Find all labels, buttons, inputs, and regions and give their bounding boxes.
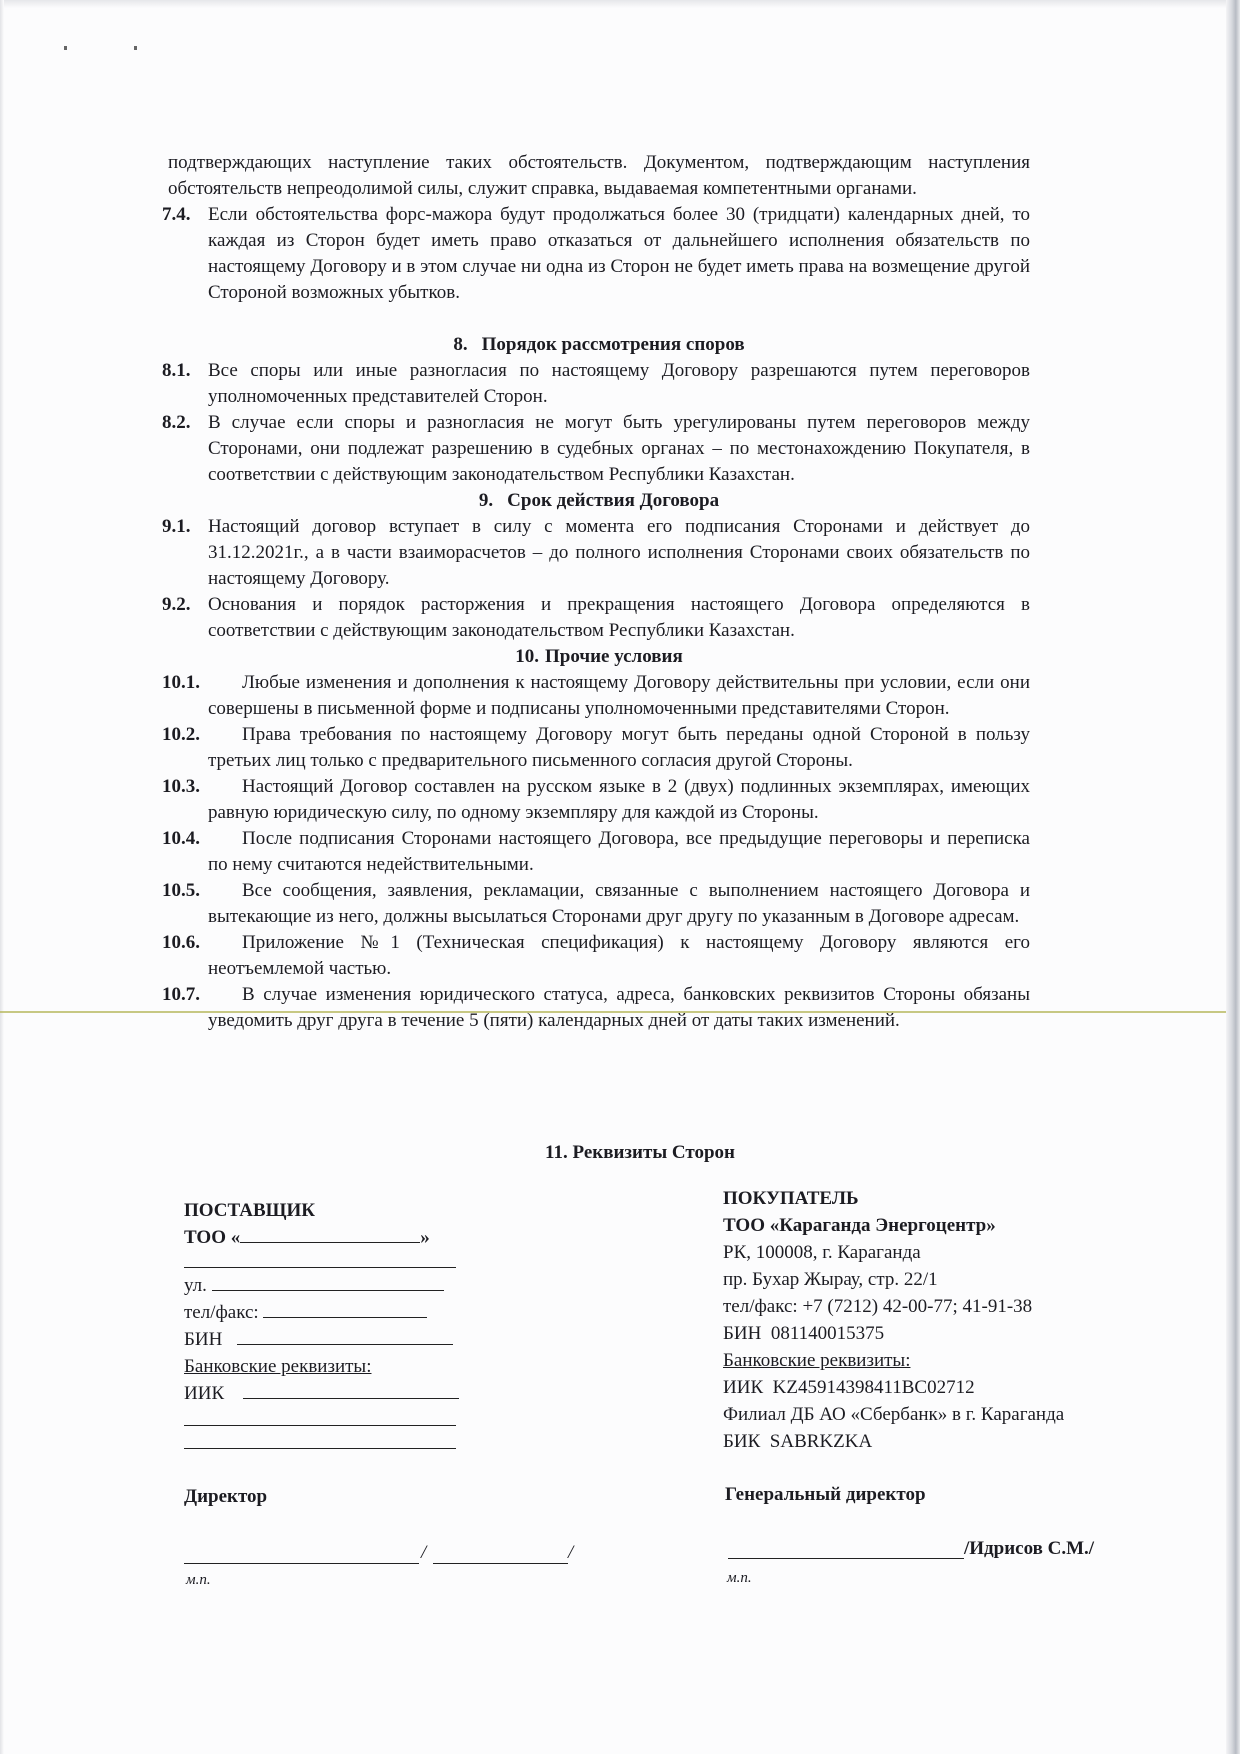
clause-number: 10.3.	[162, 774, 200, 800]
supplier-role: Директор	[184, 1486, 267, 1508]
supplier-bin-field[interactable]: БИН	[184, 1326, 474, 1353]
clause-text: Права требования по настоящему Договору …	[208, 722, 1030, 774]
supplier-iik-field[interactable]: ИИК	[184, 1380, 474, 1407]
buyer-phone: тел/факс: +7 (7212) 42-00-77; 41-91-38	[723, 1293, 1143, 1320]
supplier-company-field[interactable]: ТОО «»	[184, 1224, 474, 1251]
scan-edge-right	[1226, 0, 1240, 1754]
section-9-heading: 9.Срок действия Договора	[168, 488, 1030, 514]
buyer-address-city: РК, 100008, г. Караганда	[723, 1239, 1143, 1266]
supplier-details: ПОСТАВЩИК ТОО «» ул. тел/факс: БИН Банко…	[184, 1197, 474, 1453]
supplier-bank-label: Банковские реквизиты:	[184, 1353, 474, 1380]
buyer-bin: БИН 081140015375	[723, 1320, 1143, 1347]
clause-number: 9.2.	[162, 592, 191, 618]
clause-10-3: 10.3. Настоящий Договор составлен на рус…	[168, 774, 1030, 826]
clause-10-6: 10.6. Приложение №1 (Техническая специфи…	[168, 930, 1030, 982]
clause-8-2: 8.2. В случае если споры и разногласия н…	[168, 410, 1030, 488]
clause-10-4: 10.4. После подписания Сторонами настоящ…	[168, 826, 1030, 878]
buyer-signatory: /Идрисов С.М./	[964, 1538, 1094, 1560]
clause-10-5: 10.5. Все сообщения, заявления, рекламац…	[168, 878, 1030, 930]
supplier-heading: ПОСТАВЩИК	[184, 1197, 474, 1224]
scan-edge-top	[0, 0, 1240, 8]
clause-number: 10.7.	[162, 982, 200, 1008]
clause-text: Приложение №1 (Техническая спецификация)…	[208, 930, 1030, 982]
supplier-name-line[interactable]	[433, 1563, 568, 1564]
buyer-bank-label: Банковские реквизиты:	[723, 1347, 1143, 1374]
buyer-stamp-label: м.п.	[727, 1570, 752, 1587]
clause-text: В случае изменения юридического статуса,…	[208, 982, 1030, 1034]
buyer-signature-line[interactable]	[728, 1558, 964, 1559]
scan-speck	[134, 46, 137, 50]
clause-number: 7.4.	[162, 202, 191, 228]
clause-number: 10.6.	[162, 930, 200, 956]
clause-text: Все сообщения, заявления, рекламации, св…	[208, 878, 1030, 930]
section-8-heading: 8.Порядок рассмотрения споров	[168, 332, 1030, 358]
clause-9-1: 9.1. Настоящий договор вступает в силу с…	[168, 514, 1030, 592]
scan-edge-left	[0, 0, 4, 1754]
clause-text: Настоящий договор вступает в силу с моме…	[208, 516, 1030, 589]
buyer-iik: ИИК KZ45914398411BC02712	[723, 1374, 1143, 1401]
section-11-heading: 11. Реквизиты Сторон	[0, 1142, 1240, 1164]
supplier-street-field[interactable]: ул.	[184, 1272, 474, 1299]
buyer-address-street: пр. Бухар Жырау, стр. 22/1	[723, 1266, 1143, 1293]
buyer-bik: БИК SABRKZKA	[723, 1428, 1143, 1455]
supplier-stamp-label: м.п.	[186, 1572, 211, 1589]
clause-number: 9.1.	[162, 514, 191, 540]
clause-number: 10.2.	[162, 722, 200, 748]
clause-10-7: 10.7. В случае изменения юридического ст…	[168, 982, 1030, 1034]
clause-text: Основания и порядок расторжения и прекра…	[208, 594, 1030, 641]
clause-number: 8.2.	[162, 410, 191, 436]
contract-body: подтверждающих наступление таких обстоят…	[168, 150, 1030, 1034]
force-majeure-continuation: подтверждающих наступление таких обстоят…	[168, 150, 1030, 202]
clause-number: 8.1.	[162, 358, 191, 384]
clause-text: После подписания Сторонами настоящего До…	[208, 826, 1030, 878]
supplier-bank-blank-2[interactable]	[184, 1434, 456, 1449]
clause-number: 10.4.	[162, 826, 200, 852]
buyer-company: ТОО «Караганда Энергоцентр»	[723, 1212, 1143, 1239]
clause-text: В случае если споры и разногласия не мог…	[208, 412, 1030, 485]
supplier-extra-blank[interactable]	[184, 1253, 456, 1268]
buyer-bank-name: Филиал ДБ АО «Сбербанк» в г. Караганда	[723, 1401, 1143, 1428]
clause-7-4: 7.4. Если обстоятельства форс-мажора буд…	[168, 202, 1030, 306]
clause-text: Любые изменения и дополнения к настоящем…	[208, 670, 1030, 722]
supplier-signature-line[interactable]	[184, 1563, 419, 1564]
clause-text: Все споры или иные разногласия по настоя…	[208, 360, 1030, 407]
clause-text: Если обстоятельства форс-мажора будут пр…	[208, 204, 1030, 303]
clause-10-2: 10.2. Права требования по настоящему Дог…	[168, 722, 1030, 774]
clause-text: Настоящий Договор составлен на русском я…	[208, 774, 1030, 826]
buyer-role: Генеральный директор	[725, 1484, 926, 1506]
supplier-company-blank[interactable]	[240, 1224, 420, 1243]
supplier-bank-blank-1[interactable]	[184, 1411, 456, 1426]
buyer-heading: ПОКУПАТЕЛЬ	[723, 1185, 1143, 1212]
buyer-details: ПОКУПАТЕЛЬ ТОО «Караганда Энергоцентр» Р…	[723, 1185, 1143, 1455]
clause-8-1: 8.1. Все споры или иные разногласия по н…	[168, 358, 1030, 410]
clause-9-2: 9.2. Основания и порядок расторжения и п…	[168, 592, 1030, 644]
clause-10-1: 10.1. Любые изменения и дополнения к нас…	[168, 670, 1030, 722]
clause-number: 10.1.	[162, 670, 200, 696]
clause-number: 10.5.	[162, 878, 200, 904]
supplier-phone-field[interactable]: тел/факс:	[184, 1299, 474, 1326]
section-10-heading: 10.Прочие условия	[168, 644, 1030, 670]
scan-speck	[64, 46, 67, 50]
